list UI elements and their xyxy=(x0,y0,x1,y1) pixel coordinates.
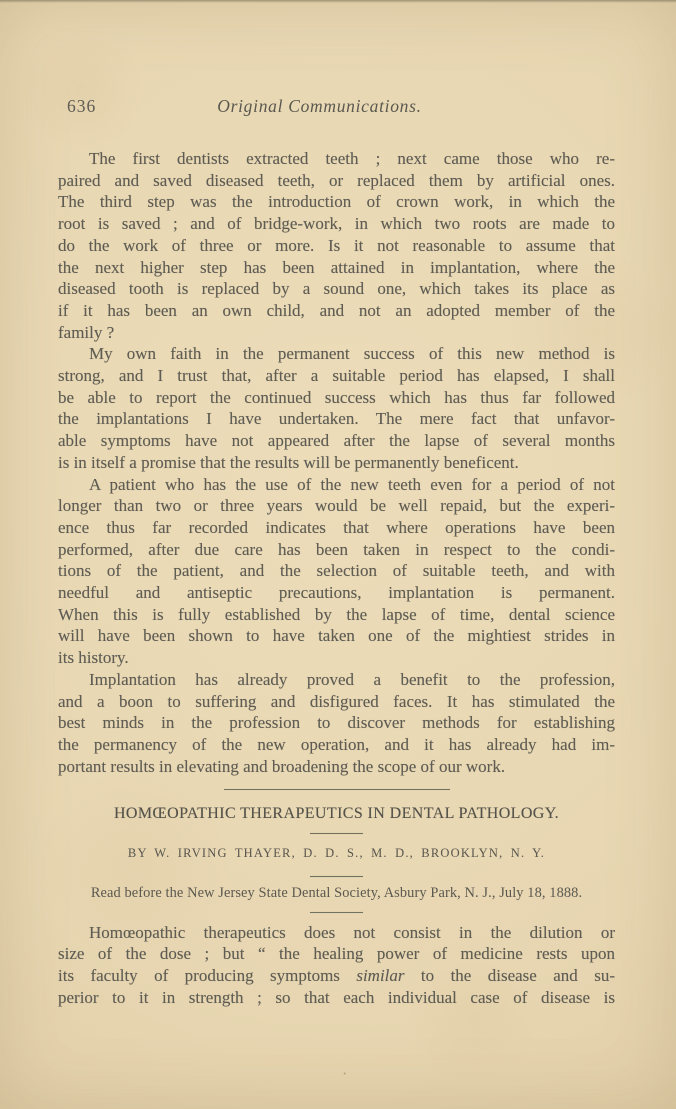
running-head-title: Original Communications. xyxy=(58,96,615,117)
paragraph: Implantation has already proved a benefi… xyxy=(58,669,615,778)
text-line: perior to it in strength ; so that each … xyxy=(58,987,615,1009)
page-text-column: The first dentists extracted teeth ; nex… xyxy=(58,148,615,1008)
text-line: paired and saved diseased teeth, or repl… xyxy=(58,170,615,192)
text-line: its faculty of producing symptoms simila… xyxy=(58,965,615,987)
text-line: size of the dose ; but “ the healing pow… xyxy=(58,943,615,965)
paragraph: The first dentists extracted teeth ; nex… xyxy=(58,148,615,343)
text-line: the implantations I have undertaken. The… xyxy=(58,408,615,430)
section-divider-rule xyxy=(224,789,450,790)
text-line: is in itself a promise that the results … xyxy=(58,452,615,474)
paragraph: A patient who has the use of the new tee… xyxy=(58,474,615,669)
text-line: needful and antiseptic precautions, impl… xyxy=(58,582,615,604)
article-byline: BY W. IRVING THAYER, D. D. S., M. D., BR… xyxy=(58,843,615,865)
text-line: the next higher step has been attained i… xyxy=(58,257,615,279)
text-segment: to the disease and su- xyxy=(405,966,615,985)
text-line: tions of the patient, and the selection … xyxy=(58,560,615,582)
article-title: HOMŒOPATHIC THERAPEUTICS IN DENTAL PATHO… xyxy=(58,803,615,825)
note-rule xyxy=(310,912,363,913)
presentation-note: Read before the New Jersey State Dental … xyxy=(58,883,615,905)
byline-rule xyxy=(310,876,363,877)
text-line: longer than two or three years would be … xyxy=(58,495,615,517)
text-line: do the work of three or more. Is it not … xyxy=(58,235,615,257)
text-line: be able to report the continued success … xyxy=(58,387,615,409)
text-line: will have been shown to have taken one o… xyxy=(58,625,615,647)
text-line: performed, after due care has been taken… xyxy=(58,539,615,561)
text-line: ence thus far recorded indicates that wh… xyxy=(58,517,615,539)
text-line: family ? xyxy=(58,322,615,344)
article-ending-body: The first dentists extracted teeth ; nex… xyxy=(58,148,615,777)
text-line: Implantation has already proved a benefi… xyxy=(58,669,615,691)
text-line: its history. xyxy=(58,647,615,669)
page-number: 636 xyxy=(67,96,96,117)
italic-word: similar xyxy=(356,966,404,985)
text-line: the permanency of the new operation, and… xyxy=(58,734,615,756)
text-line: My own faith in the permanent success of… xyxy=(58,343,615,365)
text-line: strong, and I trust that, after a suitab… xyxy=(58,365,615,387)
text-line: best minds in the profession to discover… xyxy=(58,712,615,734)
text-line: root is saved ; and of bridge-work, in w… xyxy=(58,213,615,235)
text-line: diseased tooth is replaced by a sound on… xyxy=(58,278,615,300)
text-line: A patient who has the use of the new tee… xyxy=(58,474,615,496)
article-body: Homœopathic therapeutics does not consis… xyxy=(58,922,615,1009)
title-rule xyxy=(310,833,363,834)
running-head: 636 Original Communications. xyxy=(58,96,615,120)
text-line: and a boon to suffering and disfigured f… xyxy=(58,691,615,713)
book-page-scan: 636 Original Communications. The first d… xyxy=(0,0,676,1109)
text-segment: its faculty of producing symptoms xyxy=(58,966,356,985)
paragraph: My own faith in the permanent success of… xyxy=(58,343,615,473)
text-line: if it has been an own child, and not an … xyxy=(58,300,615,322)
text-line: The third step was the introduction of c… xyxy=(58,191,615,213)
paragraph: Homœopathic therapeutics does not consis… xyxy=(58,922,615,1009)
text-line: portant results in elevating and broaden… xyxy=(58,756,615,778)
text-line: The first dentists extracted teeth ; nex… xyxy=(58,148,615,170)
text-line: Homœopathic therapeutics does not consis… xyxy=(58,922,615,944)
text-line: When this is fully established by the la… xyxy=(58,604,615,626)
text-line: able symptoms have not appeared after th… xyxy=(58,430,615,452)
